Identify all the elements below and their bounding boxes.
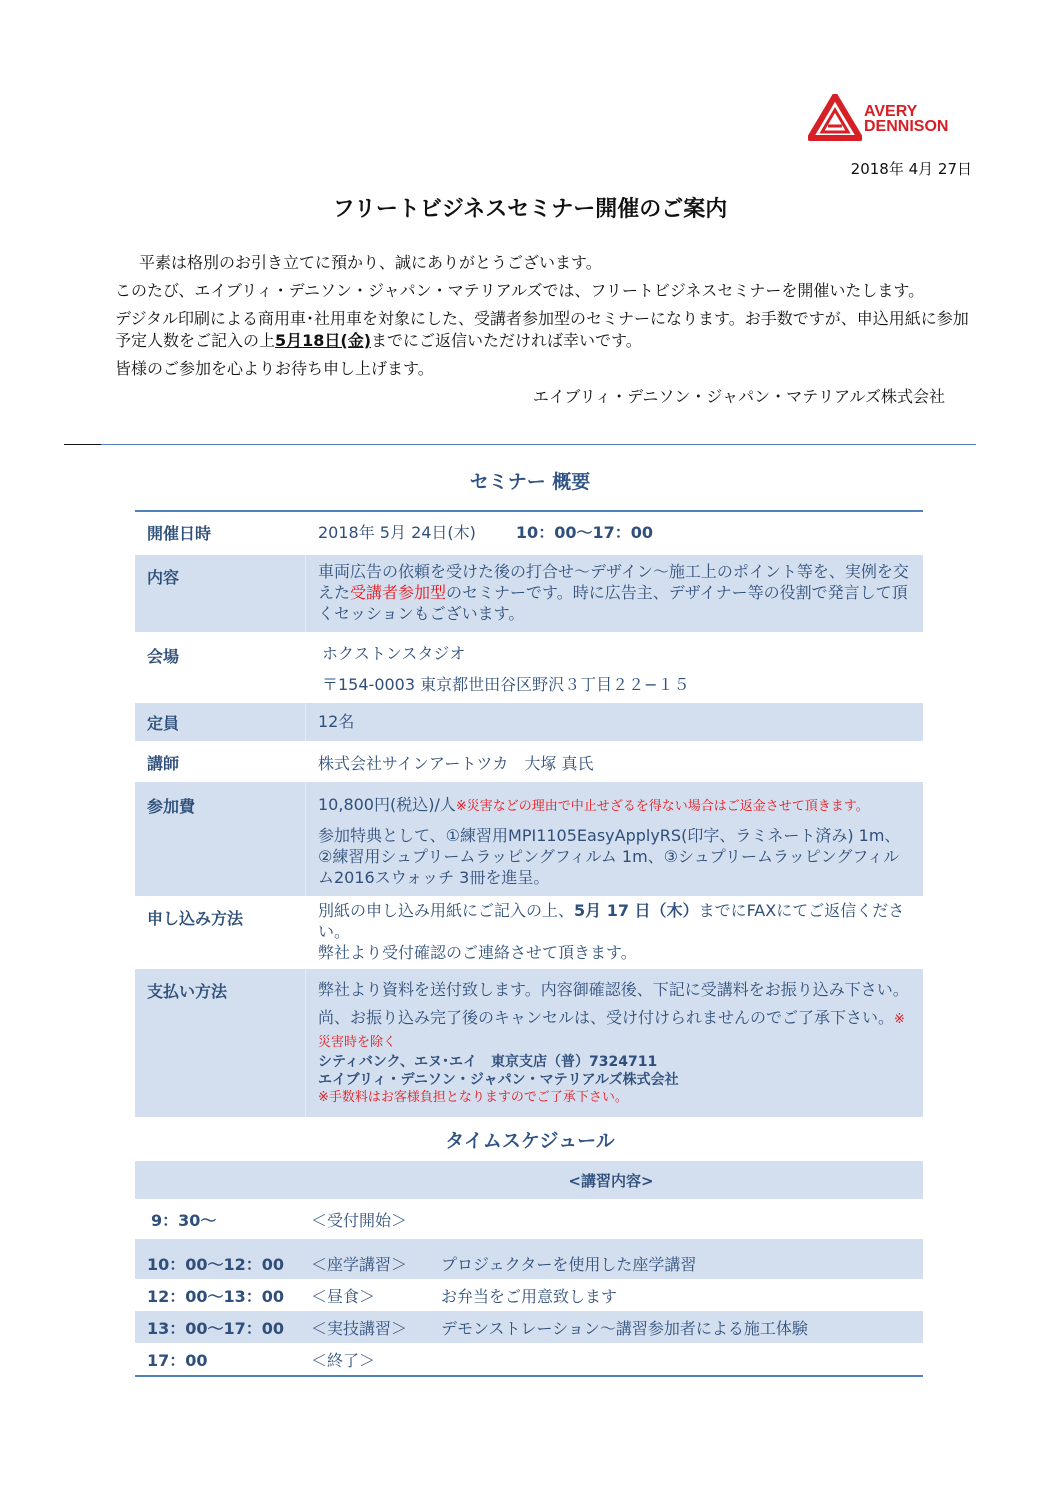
company-signature: エイブリィ・デニソン・ジャパン・マテリアルズ株式会社	[115, 386, 975, 408]
schedule-row: 10：00〜12：00 ＜座学講習＞ プロジェクターを使用した座学講習	[135, 1239, 923, 1279]
bank-account: シティバンク、エヌ･エイ 東京支店（普）7324711	[318, 1053, 913, 1071]
apply-deadline: 5月 17 日（木）	[574, 901, 699, 920]
label-date: 開催日時	[135, 511, 306, 555]
row-venue: 会場 ホクストンスタジオ 〒154-0003 東京都世田谷区野沢３丁目２２−１５	[135, 632, 923, 703]
schedule-detail: デモンストレーション〜講習参加者による施工体験	[431, 1311, 923, 1343]
logo-wordmark: AVERY DENNISON	[864, 104, 948, 134]
label-venue: 会場	[135, 632, 306, 703]
intro-details-tail: までにご返信いただければ幸いです。	[371, 331, 642, 350]
schedule-detail	[431, 1343, 923, 1376]
schedule-table: <講習内容> 9：30〜 ＜受付開始＞ 10：00〜12：00 ＜座学講習＞ プ…	[135, 1161, 923, 1377]
schedule-time: 12：00〜13：00	[135, 1279, 299, 1311]
event-time: 10：00〜17：00	[516, 523, 653, 542]
schedule-category: ＜実技講習＞	[299, 1311, 431, 1343]
value-capacity: 12名	[306, 703, 924, 741]
schedule-detail	[431, 1199, 923, 1239]
label-fee: 参加費	[135, 782, 306, 896]
schedule-time: 17：00	[135, 1343, 299, 1376]
schedule-header-content: <講習内容>	[299, 1161, 923, 1199]
label-content: 内容	[135, 555, 306, 632]
intro-greeting: 平素は格別のお引き立てに預かり、誠にありがとうございます。	[115, 252, 975, 274]
label-payment: 支払い方法	[135, 969, 306, 1117]
schedule-detail: プロジェクターを使用した座学講習	[431, 1239, 923, 1279]
overview-title: セミナー 概要	[0, 467, 1060, 494]
value-lecturer: 株式会社サインアートツカ 大塚 真氏	[306, 741, 924, 782]
schedule-row: 12：00〜13：00 ＜昼食＞ お弁当をご用意致します	[135, 1279, 923, 1311]
row-content: 内容 車両広告の依頼を受けた後の打合せ〜デザイン〜施工上のポイント等を、実例を交…	[135, 555, 923, 632]
label-capacity: 定員	[135, 703, 306, 741]
section-divider	[64, 444, 976, 445]
schedule-row: 9：30〜 ＜受付開始＞	[135, 1199, 923, 1239]
overview-table: 開催日時 2018年 5月 24日(木)10：00〜17：00 内容 車両広告の…	[135, 510, 923, 1117]
schedule-category: ＜昼食＞	[299, 1279, 431, 1311]
reply-deadline: 5月18日(金)	[275, 331, 371, 350]
page-title: フリートビジネスセミナー開催のご案内	[0, 192, 1060, 223]
schedule-header-time	[135, 1161, 299, 1199]
schedule-category: ＜終了＞	[299, 1343, 431, 1376]
value-payment: 弊社より資料を送付致します。内容御確認後、下記に受講料をお振り込み下さい。 尚、…	[306, 969, 924, 1117]
schedule-category: ＜受付開始＞	[299, 1199, 431, 1239]
avery-triangle-icon	[808, 94, 862, 142]
schedule-row: 17：00 ＜終了＞	[135, 1343, 923, 1376]
intro-details: デジタル印刷による商用車･社用車を対象にした、受講者参加型のセミナーになります。…	[115, 308, 975, 352]
event-date: 2018年 5月 24日(木)	[318, 523, 476, 542]
intro-text: 平素は格別のお引き立てに預かり、誠にありがとうございます。 このたび、エイブリィ…	[115, 252, 975, 414]
value-content: 車両広告の依頼を受けた後の打合せ〜デザイン〜施工上のポイント等を、実例を交えた受…	[306, 555, 924, 632]
value-venue: ホクストンスタジオ 〒154-0003 東京都世田谷区野沢３丁目２２−１５	[306, 632, 924, 703]
row-payment: 支払い方法 弊社より資料を送付致します。内容御確認後、下記に受講料をお振り込み下…	[135, 969, 923, 1117]
logo-line-avery: AVERY	[864, 104, 948, 119]
value-fee: 10,800円(税込)/人※災害などの理由で中止せざるを得ない場合はご返金させて…	[306, 782, 924, 896]
avery-dennison-logo: AVERY DENNISON	[808, 94, 968, 146]
payment-instruction: 弊社より資料を送付致します。内容御確認後、下記に受講料をお振り込み下さい。	[318, 979, 913, 1000]
apply-instruction: 別紙の申し込み用紙にご記入の上、5月 17 日（木）までにFAXにてご返信くださ…	[318, 900, 913, 942]
venue-address: 〒154-0003 東京都世田谷区野沢３丁目２２−１５	[322, 674, 913, 695]
schedule-header-row: <講習内容>	[135, 1161, 923, 1199]
fee-benefit: 参加特典として、①練習用MPI1105EasyApplyRS(印字、ラミネート済…	[318, 825, 913, 888]
row-apply: 申し込み方法 別紙の申し込み用紙にご記入の上、5月 17 日（木）までにFAXに…	[135, 896, 923, 969]
value-date: 2018年 5月 24日(木)10：00〜17：00	[306, 511, 924, 555]
account-holder: エイブリィ・デニソン・ジャパン・マテリアルズ株式会社	[318, 1071, 913, 1089]
value-apply: 別紙の申し込み用紙にご記入の上、5月 17 日（木）までにFAXにてご返信くださ…	[306, 896, 924, 969]
content-highlight: 受講者参加型	[350, 583, 446, 602]
schedule-time: 13：00〜17：00	[135, 1311, 299, 1343]
row-fee: 参加費 10,800円(税込)/人※災害などの理由で中止せざるを得ない場合はご返…	[135, 782, 923, 896]
row-lecturer: 講師 株式会社サインアートツカ 大塚 真氏	[135, 741, 923, 782]
fee-line: 10,800円(税込)/人※災害などの理由で中止せざるを得ない場合はご返金させて…	[318, 794, 913, 817]
transfer-fee-note: ※手数料はお客様負担となりますのでご了承下さい。	[318, 1089, 913, 1107]
apply-confirmation: 弊社より受付確認のご連絡させて頂きます。	[318, 942, 913, 963]
schedule-row: 13：00〜17：00 ＜実技講習＞ デモンストレーション〜講習参加者による施工…	[135, 1311, 923, 1343]
logo-line-dennison: DENNISON	[864, 119, 948, 134]
schedule-detail: お弁当をご用意致します	[431, 1279, 923, 1311]
schedule-title: タイムスケジュール	[0, 1126, 1060, 1153]
fee-price: 10,800円(税込)/人	[318, 795, 456, 814]
intro-closing: 皆様のご参加を心よりお待ち申し上げます。	[115, 358, 975, 380]
schedule-time: 9：30〜	[135, 1199, 299, 1239]
cancel-policy-text: 尚、お振り込み完了後のキャンセルは、受け付けられませんのでご了承下さい。	[318, 1008, 894, 1027]
label-lecturer: 講師	[135, 741, 306, 782]
schedule-category: ＜座学講習＞	[299, 1239, 431, 1279]
apply-text: 別紙の申し込み用紙にご記入の上、	[318, 901, 574, 920]
payment-cancel-policy: 尚、お振り込み完了後のキャンセルは、受け付けられませんのでご了承下さい。※災害時…	[318, 1007, 913, 1053]
intro-announcement: このたび、エイブリィ・デニソン・ジャパン・マテリアルズでは、フリートビジネスセミ…	[115, 280, 975, 302]
venue-name: ホクストンスタジオ	[322, 643, 913, 664]
schedule-time: 10：00〜12：00	[135, 1239, 299, 1279]
fee-refund-note: ※災害などの理由で中止せざるを得ない場合はご返金させて頂きます。	[456, 799, 869, 814]
label-apply: 申し込み方法	[135, 896, 306, 969]
document-date: 2018年 4月 27日	[851, 158, 972, 179]
divider-dark-segment	[64, 444, 101, 445]
row-date: 開催日時 2018年 5月 24日(木)10：00〜17：00	[135, 511, 923, 555]
row-capacity: 定員 12名	[135, 703, 923, 741]
